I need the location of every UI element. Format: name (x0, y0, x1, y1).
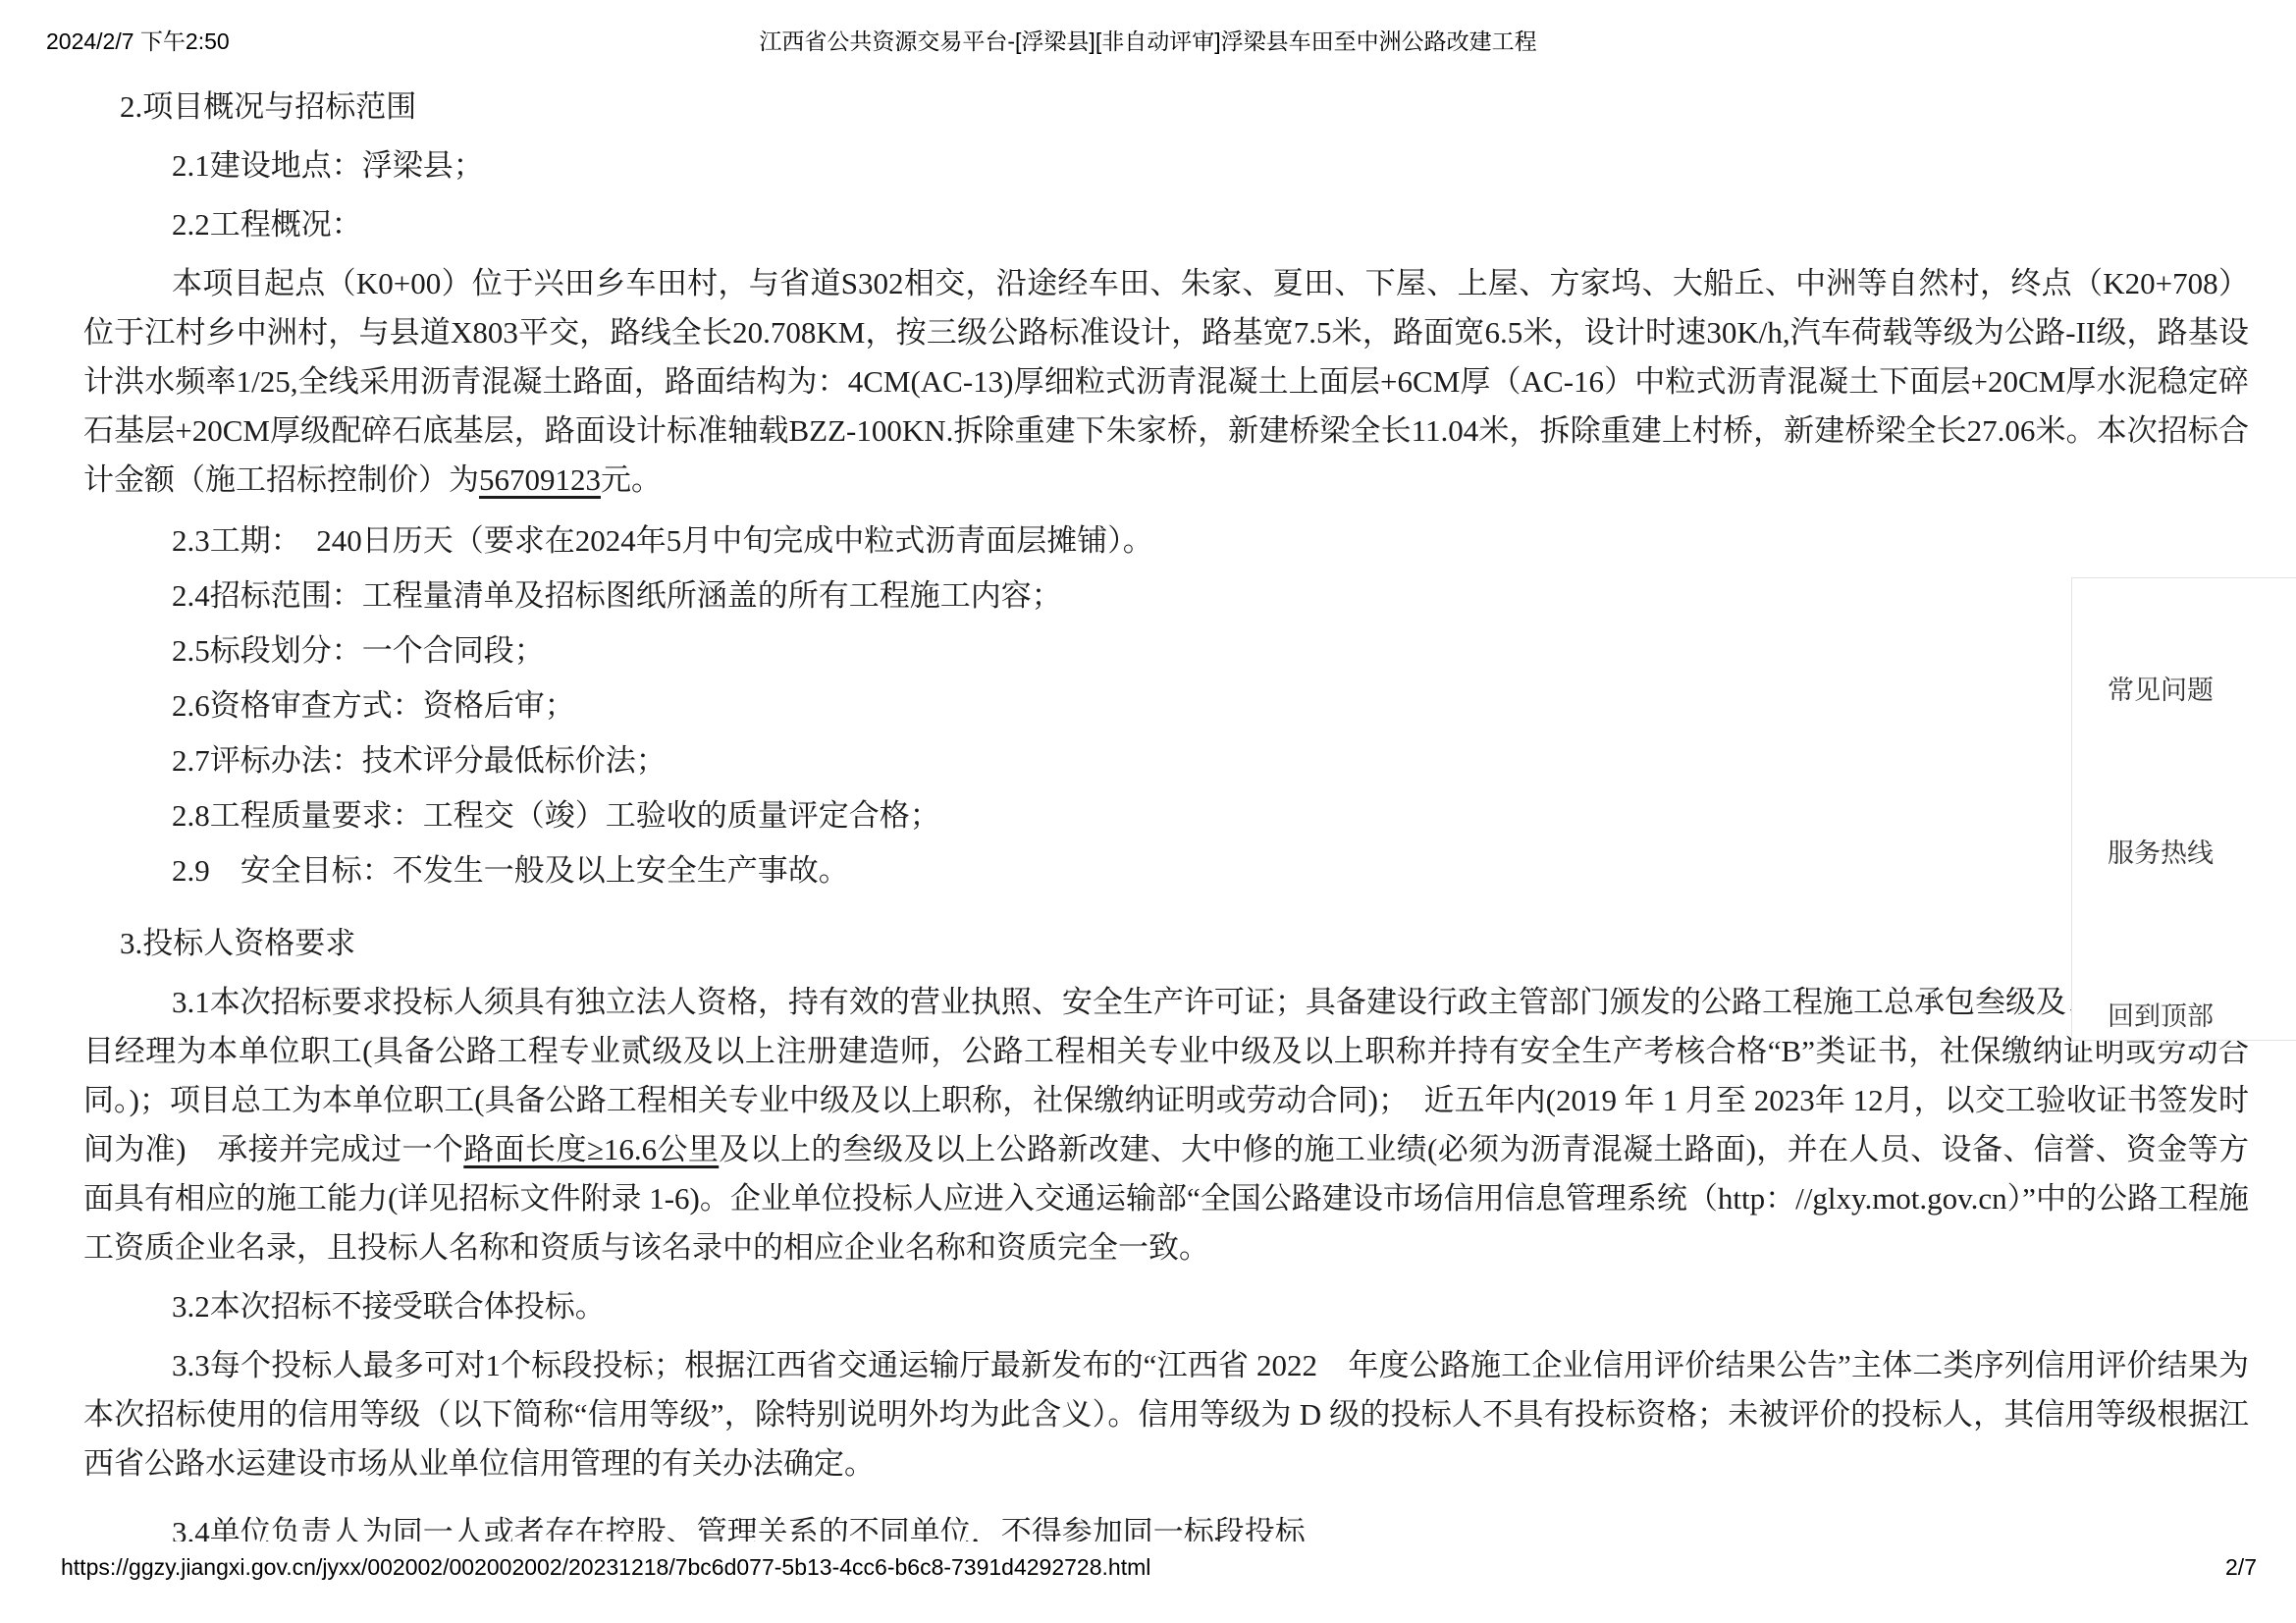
clause-2-1-location: 2.1建设地点：浮梁县； (83, 141, 2249, 190)
print-preview-page: { "print_header": { "timestamp": "2024/2… (0, 0, 2296, 1623)
document-body: 2.项目概况与招标范围 2.1建设地点：浮梁县； 2.2工程概况： 本项目起点（… (83, 69, 2249, 1542)
clause-3-2-no-consortium: 3.2本次招标不接受联合体投标。 (83, 1282, 2249, 1331)
overview-text-after: 元。 (601, 462, 662, 497)
clause-2-3-duration: 2.3工期： 240日历天（要求在2024年5月中旬完成中粒式沥青面层摊铺）。 (83, 516, 2249, 566)
clause-3-4-clipped: 3.4单位负责人为同一人或者存在控股、管理关系的不同单位，不得参加同一标段投标 (83, 1508, 2249, 1542)
overview-text-before: 本项目起点（K0+00）位于兴田乡车田村，与省道S302相交，沿途经车田、朱家、… (83, 266, 2249, 497)
clause-3-3-credit-rating: 3.3每个投标人最多可对1个标段投标；根据江西省交通运输厅最新发布的“江西省 2… (83, 1341, 2249, 1488)
clause-2-4-scope: 2.4招标范围：工程量清单及招标图纸所涵盖的所有工程施工内容； (83, 571, 2249, 621)
section-3-heading: 3.投标人资格要求 (83, 919, 2249, 968)
clause-2-6-qualification-review: 2.6资格审查方式：资格后审； (83, 681, 2249, 730)
clause-2-8-quality-requirement: 2.8工程质量要求：工程交（竣）工验收的质量评定合格； (83, 791, 2249, 840)
faq-link[interactable]: 常见问题 (2108, 669, 2214, 707)
page-number: 2/7 (2225, 1554, 2257, 1581)
section-2-heading: 2.项目概况与招标范围 (83, 82, 2249, 132)
floating-help-menu: 常见问题 服务热线 回到顶部 (2071, 577, 2296, 1041)
project-overview-paragraph: 本项目起点（K0+00）位于兴田乡车田村，与省道S302相交，沿途经车田、朱家、… (83, 259, 2249, 505)
clause-2-7-evaluation-method: 2.7评标办法：技术评分最低标价法； (83, 736, 2249, 785)
clause-2-2-label: 2.2工程概况： (83, 200, 2249, 249)
clause-3-1-bidder-qualification: 3.1本次招标要求投标人须具有独立法人资格，持有效的营业执照、安全生产许可证；具… (83, 978, 2249, 1272)
clause-2-5-sections: 2.5标段划分：一个合同段； (83, 626, 2249, 676)
back-to-top-link[interactable]: 回到顶部 (2108, 995, 2214, 1033)
print-footer-url: https://ggzy.jiangxi.gov.cn/jyxx/002002/… (61, 1554, 1150, 1581)
clause-2-9-safety-target: 2.9 安全目标：不发生一般及以上安全生产事故。 (83, 846, 2249, 895)
road-length-underlined: 路面长度≥16.6公里 (463, 1132, 719, 1166)
print-document-title: 江西省公共资源交易平台-[浮梁县][非自动评审]浮梁县车田至中洲公路改建工程 (0, 24, 2296, 56)
control-price-underlined: 56709123 (479, 462, 601, 497)
service-hotline-link[interactable]: 服务热线 (2108, 832, 2214, 870)
